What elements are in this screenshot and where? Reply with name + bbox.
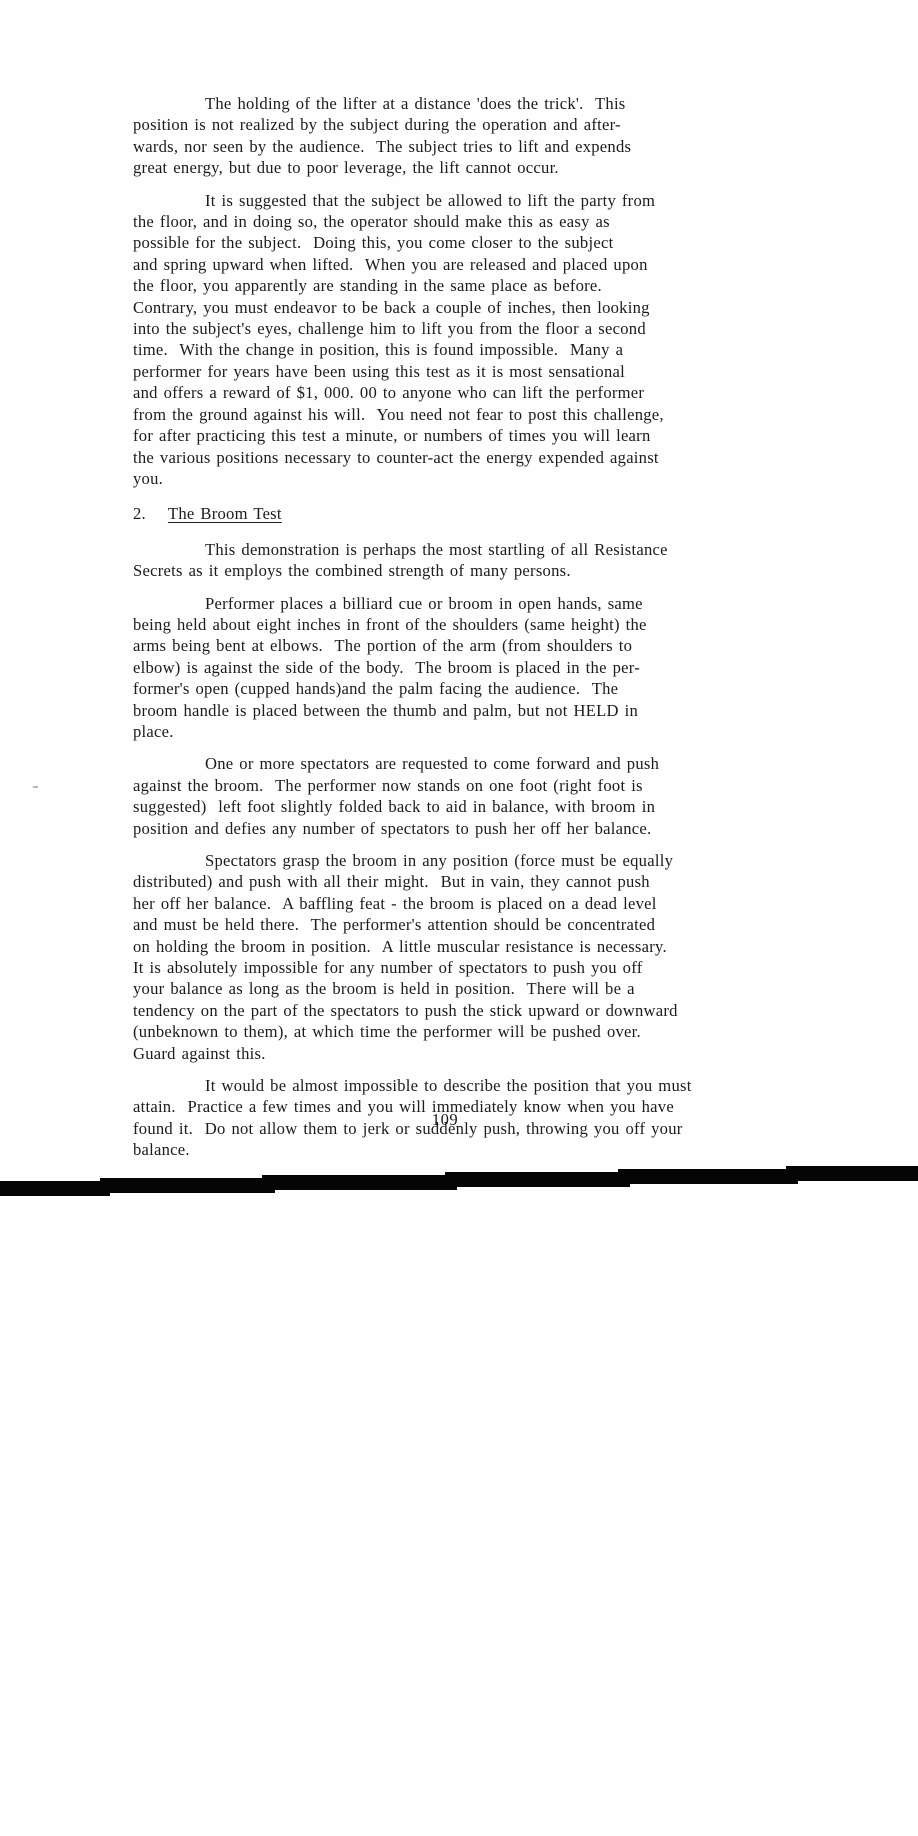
scan-artifact-bar-segment [786,1166,918,1181]
section-number: 2. [133,503,146,524]
scanned-document-page: The holding of the lifter at a distance … [0,0,918,1836]
paragraph: It is suggested that the subject be allo… [133,190,823,490]
section-heading: 2.The Broom Test [133,503,823,524]
paragraph: The holding of the lifter at a distance … [133,93,823,179]
paragraph: One or more spectators are requested to … [133,753,823,839]
page-number: 109 [0,1110,890,1130]
paragraph: Performer places a billiard cue or broom… [133,593,823,743]
document-text-column: The holding of the lifter at a distance … [133,93,823,1172]
paragraph: This demonstration is perhaps the most s… [133,539,823,582]
scan-artifact-bar-segment [100,1178,275,1193]
section-title: The Broom Test [168,504,282,523]
scan-artifact-bar-segment [618,1169,798,1184]
scan-speck [33,786,38,788]
scan-artifact-bar-segment [262,1175,457,1190]
scan-artifact-bar-segment [445,1172,630,1187]
paragraph: Spectators grasp the broom in any positi… [133,850,823,1064]
scan-artifact-bar-segment [0,1181,110,1196]
